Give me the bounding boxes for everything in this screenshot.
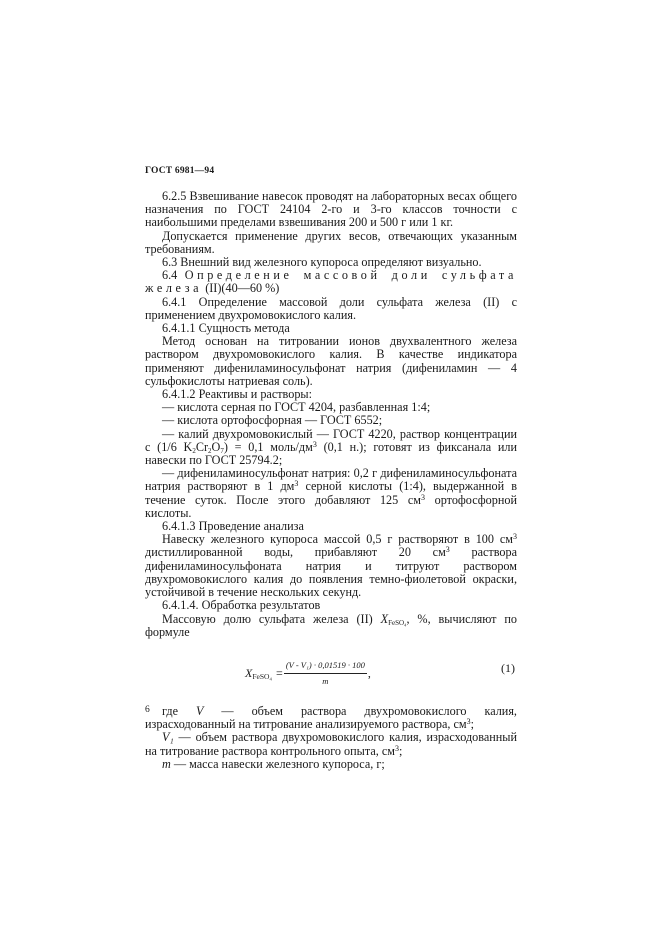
reagent-3-text: Cr xyxy=(196,440,208,454)
formula-fraction: (V - V₁) · 0,01519 · 100 m xyxy=(284,659,367,688)
subscript: FeSO₄ xyxy=(388,619,406,627)
heading-6-4-number: 6.4 xyxy=(162,268,185,282)
formula-lhs: XFeSO₄ xyxy=(245,667,272,680)
paragraph-6-4-1: 6.4.1 Определение массовой доли сульфата… xyxy=(145,296,517,322)
reagent-item-4: — дифениламиносульфонат натрия: 0,2 г ди… xyxy=(145,467,517,520)
paragraph-6-4-1-4: Массовую долю сульфата железа (II) XFeSO… xyxy=(145,613,517,639)
definition-text: ; xyxy=(471,717,474,731)
definition-m: m — масса навески железного купороса, г; xyxy=(145,758,517,771)
variable-x: X xyxy=(381,612,388,626)
definition-text: — масса навески железного купороса, г; xyxy=(171,757,385,771)
paragraph-6-4-1-1: Метод основан на титровании ионов двухва… xyxy=(145,335,517,388)
symbol-m: m xyxy=(162,757,171,771)
paragraph-6-4-1-3: Навеску железного купороса массой 0,5 г … xyxy=(145,533,517,599)
analysis-text: дистиллированной воды, прибавляют 20 см xyxy=(145,545,446,559)
paragraph-6-2-5: 6.2.5 Взвешивание навесок проводят на ла… xyxy=(145,190,517,230)
reagent-item-3: — калий двухромовокислый — ГОСТ 4220, ра… xyxy=(145,428,517,468)
heading-6-4-title: Определение массовой доли сульфата желез… xyxy=(145,268,517,295)
superscript: 3 xyxy=(513,532,517,541)
document-page: ГОСТ 6981—94 6.2.5 Взвешивание навесок п… xyxy=(145,166,517,771)
formula-block: XFeSO₄ = (V - V₁) · 0,01519 · 100 m , (1… xyxy=(145,653,517,693)
results-text: Массовую долю сульфата железа (II) xyxy=(162,612,381,626)
symbol-v1: V₁ xyxy=(162,730,174,744)
heading-6-4-range: (II)(40—60 %) xyxy=(202,281,279,295)
paragraph-6-2-5-note: Допускается применение других весов, отв… xyxy=(145,230,517,256)
document-body: 6.2.5 Взвешивание навесок проводят на ла… xyxy=(145,190,517,771)
reagent-3-text: ) = 0,1 моль/дм xyxy=(224,440,313,454)
formula-equals: = xyxy=(276,667,283,680)
definition-text: — объем раствора двухромовокислого калия… xyxy=(145,730,517,757)
formula: XFeSO₄ = (V - V₁) · 0,01519 · 100 m , xyxy=(245,659,371,688)
definition-v1: V₁ — объем раствора двухромовокислого ка… xyxy=(145,731,517,757)
document-code-header: ГОСТ 6981—94 xyxy=(145,166,517,176)
heading-6-4: 6.4 Определение массовой доли сульфата ж… xyxy=(145,269,517,295)
page-number: 6 xyxy=(145,705,150,715)
analysis-text: Навеску железного купороса массой 0,5 г … xyxy=(162,532,513,546)
definition-text: ; xyxy=(399,744,402,758)
definition-v: где V — объем раствора двухромовокислого… xyxy=(145,705,517,731)
formula-numerator: (V - V₁) · 0,01519 · 100 xyxy=(284,659,367,674)
formula-denominator: m xyxy=(322,674,328,688)
formula-comma: , xyxy=(368,667,371,680)
equation-number: (1) xyxy=(501,662,515,675)
where-label: где xyxy=(162,704,196,718)
formula-lhs-subscript: FeSO₄ xyxy=(252,672,272,681)
